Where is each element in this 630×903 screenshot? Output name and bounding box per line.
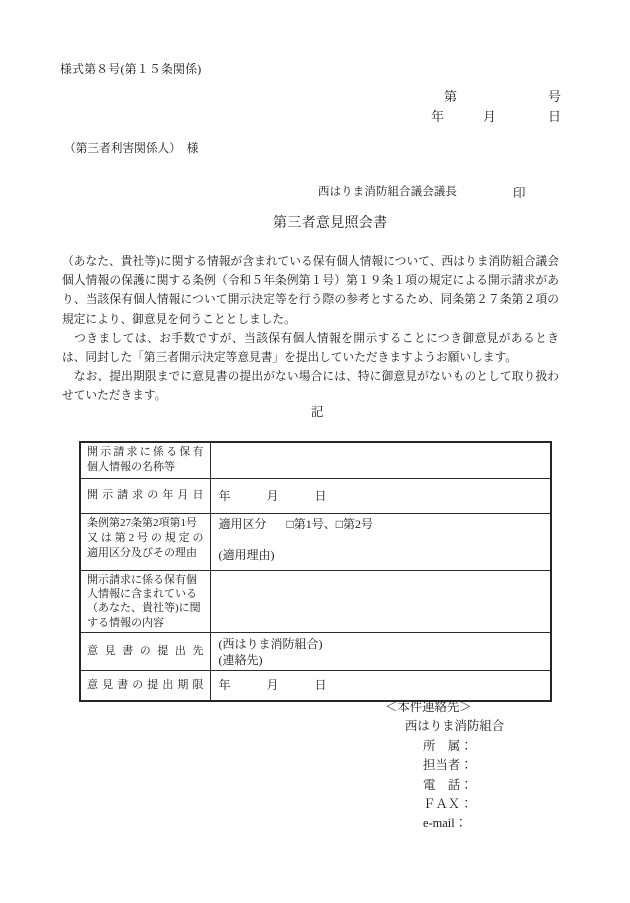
contact-org: 西はりま消防組合 [405, 717, 504, 736]
table-row: 開示請求に係る保有個 人情報に含まれている （あなた、貴社等)に関 する情報の内… [80, 570, 551, 633]
submit-to-value: (西はりま消防組合) (連絡先) [210, 633, 551, 671]
row-header-line: （あなた、貴社等)に関 [87, 601, 204, 615]
row-header-deadline: 意見書の提出期限 [80, 671, 210, 701]
info-name-value [210, 442, 551, 478]
row-header-line: 開示請求の年月日 [87, 488, 204, 503]
phone-label: 電 話： [423, 776, 504, 795]
email-label: e-mail： [423, 814, 504, 833]
addressee: （第三者利害関係人） 様 [64, 140, 198, 156]
request-date-value: 年 月 日 [210, 478, 551, 513]
row-header-submit-to: 意見書の提出先 [80, 633, 210, 671]
row-header-ordinance: 条例第27条第2項第1号 又は第2号の規定の 適用区分及びその理由 [80, 513, 210, 570]
doc-number-line: 第 号 [431, 87, 561, 107]
row-header-line: 個人情報の名称等 [87, 460, 204, 475]
info-content-value [210, 570, 551, 633]
list-marker: 記 [311, 402, 324, 420]
deadline-value: 年 月 日 [210, 671, 551, 701]
page: 様式第８号(第１５条関係) 第 号 年 月 日 （第三者利害関係人） 様 西はり… [0, 0, 630, 903]
row-header-request-date: 開示請求の年月日 [80, 478, 210, 513]
body-paragraph-2: つきましては、お手数ですが、当該保有個人情報を開示することにつき御意見があるとき… [62, 329, 559, 367]
row-header-line: 条例第27条第2項第1号 [87, 516, 204, 531]
row-header-line: 意見書の提出期限 [87, 678, 204, 693]
spacer [219, 532, 545, 547]
row-header-info-name: 開示請求に係る保有 個人情報の名称等 [80, 442, 210, 478]
disclosure-table: 開示請求に係る保有 個人情報の名称等 開示請求の年月日 年 月 日 条例第27条… [79, 441, 552, 702]
contact-heading: ＜本件連絡先＞ [385, 698, 504, 717]
person-label: 担当者： [423, 756, 504, 775]
table-row: 条例第27条第2項第1号 又は第2号の規定の 適用区分及びその理由 適用区分□第… [80, 513, 551, 570]
contact-block: ＜本件連絡先＞ 西はりま消防組合 所 属： 担当者： 電 話： ＦＡＸ： e-m… [385, 698, 504, 834]
row-header-info-content: 開示請求に係る保有個 人情報に含まれている （あなた、貴社等)に関 する情報の内… [80, 570, 210, 633]
table-row: 開示請求の年月日 年 月 日 [80, 478, 551, 513]
table-row: 開示請求に係る保有 個人情報の名称等 [80, 442, 551, 478]
checkbox-option-1: □第1号、 [287, 517, 336, 531]
table-row: 意見書の提出期限 年 月 日 [80, 671, 551, 701]
apply-reason-label: (適用理由) [219, 547, 545, 563]
submit-to-org: (西はりま消防組合) [219, 636, 545, 652]
apply-category-label: 適用区分 [219, 517, 267, 531]
fax-label: ＦＡＸ： [423, 795, 504, 814]
row-header-line: 又は第2号の規定の [87, 531, 204, 546]
checkbox-option-2: □第2号 [336, 517, 373, 531]
row-header-line: 開示請求に係る保有個 [87, 573, 204, 587]
body-text: （あなた、貴社等)に関する情報が含まれている保有個人情報について、西はりま消防組… [62, 252, 559, 406]
body-paragraph-3: なお、提出期限までに意見書の提出がない場合には、特に御意見がないものとして取り扱… [62, 367, 559, 405]
form-number: 様式第８号(第１５条関係) [60, 60, 202, 77]
date-line: 年 月 日 [431, 107, 561, 127]
table-row: 意見書の提出先 (西はりま消防組合) (連絡先) [80, 633, 551, 671]
apply-category-line: 適用区分□第1号、□第2号 [219, 516, 545, 532]
row-header-line: 開示請求に係る保有 [87, 445, 204, 460]
document-title: 第三者意見照会書 [273, 212, 387, 232]
row-header-line: 人情報に含まれている [87, 587, 204, 601]
row-header-line: する情報の内容 [87, 616, 204, 630]
affiliation-label: 所 属： [423, 737, 504, 756]
row-header-line: 意見書の提出先 [87, 644, 204, 659]
body-paragraph-1: （あなた、貴社等)に関する情報が含まれている保有個人情報について、西はりま消防組… [62, 252, 559, 329]
sender-name: 西はりま消防組合議会議長 [318, 183, 457, 199]
row-header-line: 適用区分及びその理由 [87, 546, 204, 561]
ordinance-value: 適用区分□第1号、□第2号 (適用理由) [210, 513, 551, 570]
doc-number-block: 第 号 年 月 日 [431, 87, 561, 126]
seal-mark: 印 [513, 183, 526, 201]
submit-to-contact: (連絡先) [219, 652, 545, 668]
